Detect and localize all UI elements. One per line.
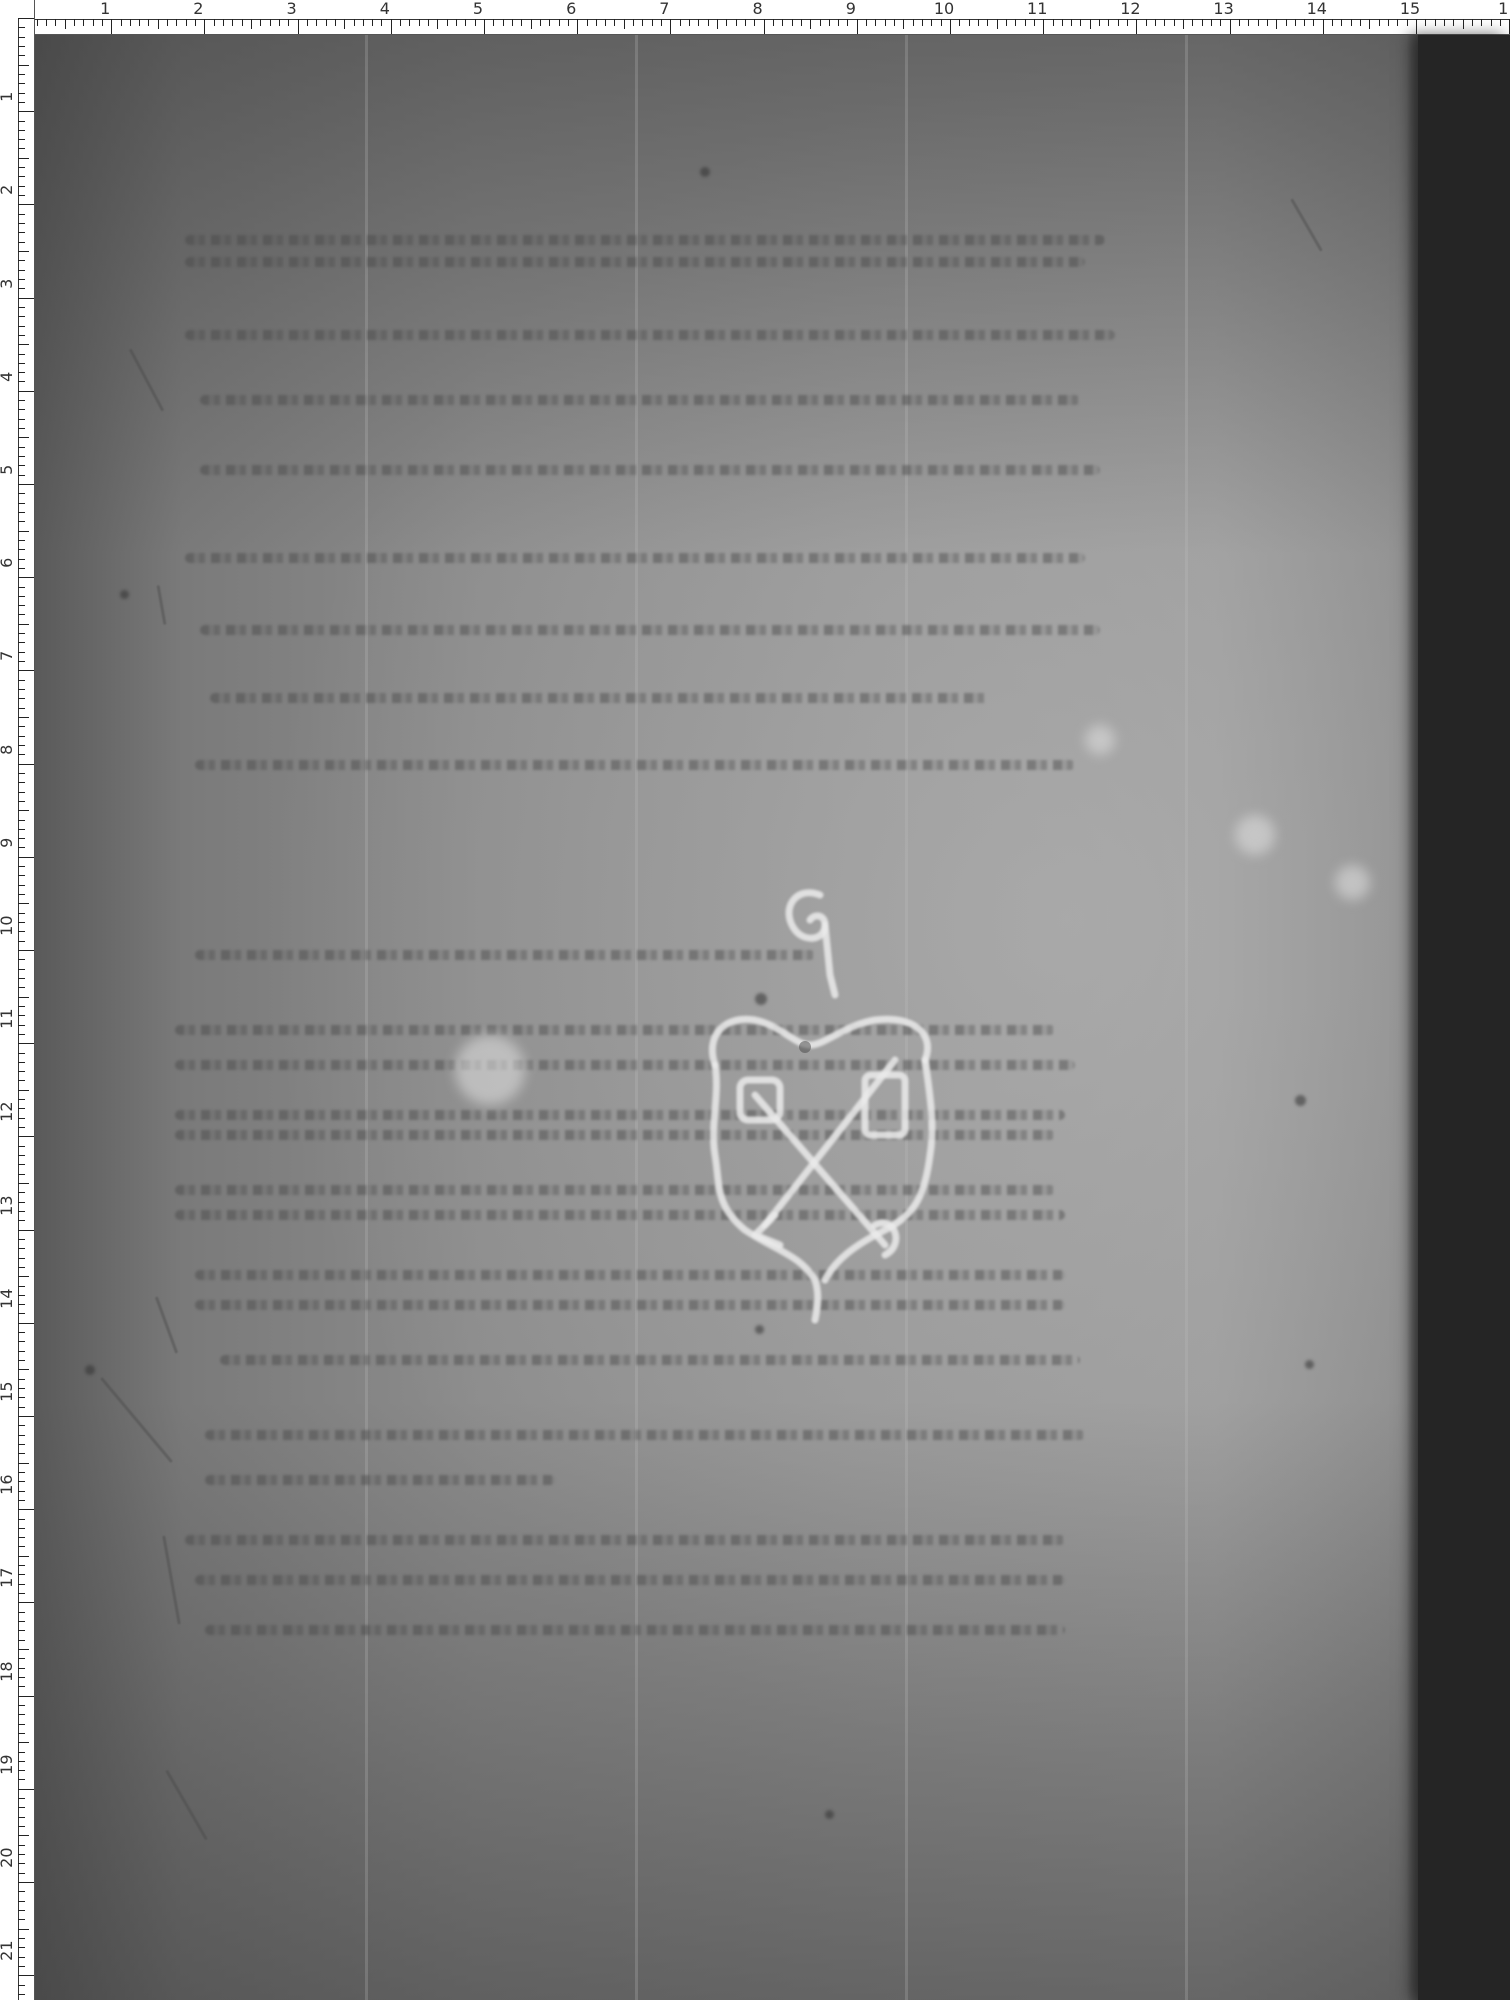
ruler-tick [18,708,25,709]
ruler-tick [1099,19,1100,26]
ruler-tick [18,792,25,793]
ruler-tick [167,19,168,26]
ruler-tick [1360,19,1361,26]
ruler-tick [18,46,25,47]
ruler-tick [18,1919,25,1920]
ruler-tick [820,19,821,26]
ruler-left-label: 4 [0,372,15,382]
handwriting-line [185,1535,1065,1545]
ruler-tick [102,19,103,26]
ruler-tick [1220,19,1221,26]
ruler-tick [18,1155,25,1156]
ruler-tick [18,1546,25,1547]
ruler-tick [18,624,29,625]
ruler-tick [18,1379,25,1380]
ruler-tick [18,661,25,662]
ruler-top-label: 12 [1120,0,1140,18]
ruler-tick [764,19,765,34]
ruler-tick [18,1118,25,1119]
ruler-tick [18,1192,25,1193]
ruler-tick [18,1174,25,1175]
scan-shading-top [35,35,1510,555]
ruler-tick [18,148,25,149]
ruler-tick [18,1929,29,1930]
watermark-crossed-keys-icon [685,885,955,1325]
ruler-tick [493,19,494,26]
ruler-tick [18,493,25,494]
handwriting-line [195,1575,1065,1585]
ruler-left: 123456789101112131415161718192021 [0,0,35,2000]
ruler-tick [18,1891,25,1892]
ruler-tick [950,19,951,34]
ruler-tick [18,959,25,960]
ruler-tick [1453,19,1454,26]
handwriting-line [220,1355,1080,1365]
ruler-tick [279,19,280,26]
ruler-tick [18,186,25,187]
ruler-top-label: 13 [1213,0,1233,18]
ruler-tick [18,847,25,848]
ruler-tick [680,19,681,26]
ruler-tick [568,19,569,26]
ruler-tick [922,19,923,26]
ink-speck [700,167,710,177]
ruler-tick [1286,19,1287,26]
ruler-tick [1379,19,1380,26]
ruler-tick [18,1938,25,1939]
ruler-tick [18,381,25,382]
ruler-tick [18,18,34,19]
ruler-tick [18,1015,25,1016]
ruler-tick [456,19,457,26]
ruler-left-label: 19 [0,1754,15,1774]
ruler-tick [18,894,25,895]
ruler-tick [18,941,25,942]
ruler-tick [18,950,34,951]
ruler-tick [18,1770,25,1771]
ruler-tick [18,1854,25,1855]
ruler-tick [18,1873,25,1874]
ruler-tick [18,1733,25,1734]
ruler-top-label: 5 [473,0,483,18]
ruler-tick [18,512,25,513]
ruler-tick [997,19,998,29]
ruler-tick [18,745,25,746]
ruler-tick [521,19,522,26]
ruler-tick [18,447,25,448]
ruler-tick [1090,19,1091,29]
ruler-tick [596,19,597,26]
ruler-tick [18,158,29,159]
ruler-top-label: 14 [1307,0,1327,18]
ruler-top-label: 7 [659,0,669,18]
ruler-tick [18,1798,25,1799]
ruler-tick [18,559,25,560]
ruler-tick [18,838,25,839]
ruler-tick [18,1658,25,1659]
ruler-tick [18,857,34,858]
ruler-tick [214,19,215,26]
ruler-tick [1006,19,1007,26]
ruler-tick [605,19,606,26]
ruler-tick [18,1248,25,1249]
ruler-tick [121,19,122,26]
ruler-tick [1080,19,1081,26]
ruler-tick [18,1509,34,1510]
ruler-top-label: 2 [193,0,203,18]
ruler-tick [18,726,25,727]
ruler-tick [18,1407,25,1408]
ruler-tick [18,204,34,205]
handwriting-line [200,465,1100,475]
ruler-tick [885,19,886,26]
ruler-tick [18,279,25,280]
ruler-tick [18,1686,25,1687]
ruler-left-label: 15 [0,1381,15,1401]
ruler-tick [801,19,802,26]
ruler-tick [18,1276,29,1277]
ruler-tick [18,540,25,541]
ruler-tick [18,1127,25,1128]
ruler-tick [531,19,532,29]
handwriting-line [185,235,1105,245]
ruler-tick [18,326,25,327]
ruler-tick [1043,19,1044,34]
ruler-tick [18,1779,25,1780]
ruler-tick [316,19,317,26]
ruler-tick [18,74,25,75]
handwriting-line [200,625,1100,635]
ruler-tick [18,1882,34,1883]
ruler-tick [251,19,252,29]
ruler-tick [18,1519,25,1520]
ruler-tick [344,19,345,29]
ruler-tick [484,19,485,34]
ruler-tick [689,19,690,26]
ruler-tick [18,1258,25,1259]
ruler-top-label: 4 [380,0,390,18]
ruler-tick [18,316,25,317]
ruler-tick [18,242,25,243]
ruler-tick [242,19,243,26]
ruler-tick [18,55,25,56]
ruler-left-label: 17 [0,1568,15,1588]
ruler-tick [18,288,25,289]
ruler-tick [857,19,858,34]
ruler-tick [18,214,25,215]
ruler-tick [195,19,196,26]
ruler-tick [18,1556,29,1557]
ruler-tick [18,987,25,988]
ruler-tick [18,1621,25,1622]
ruler-tick [148,19,149,26]
ruler-tick [726,19,727,26]
ruler-tick [782,19,783,26]
ruler-tick [18,1863,25,1864]
ruler-tick [447,19,448,26]
ruler-tick [18,698,25,699]
ruler-left-label: 10 [0,915,15,935]
ruler-tick [18,577,34,578]
ruler-tick [18,456,25,457]
ruler-tick [18,167,25,168]
ruler-tick [326,19,327,26]
ruler-top: 01234567891011121314151 [0,0,1510,35]
ruler-tick [642,19,643,26]
ruler-tick [1258,19,1259,26]
scan-dark-edge [1418,35,1510,2000]
ruler-tick [419,19,420,26]
ruler-tick [1108,19,1109,26]
ruler-tick [18,1369,29,1370]
ruler-tick [18,1388,25,1389]
ruler-left-label: 2 [0,185,15,195]
ruler-tick [18,1444,25,1445]
ruler-tick [74,19,75,26]
ruler-tick [18,1099,25,1100]
ruler-tick [708,19,709,26]
ruler-tick [18,1267,25,1268]
ruler-left-label: 13 [0,1195,15,1215]
ruler-tick [1183,19,1184,29]
ruler-tick [465,19,466,26]
ruler-tick [37,19,38,26]
ruler-tick [18,1239,25,1240]
ruler-tick [614,19,615,26]
ruler-tick [18,736,25,737]
handwriting-line [195,760,1075,770]
handwriting-line [185,330,1115,340]
ruler-tick [18,689,25,690]
ruler-tick [18,1574,25,1575]
ruler-tick [18,1332,25,1333]
ruler-left-label: 20 [0,1847,15,1867]
ruler-tick [18,1947,25,1948]
ruler-tick [46,19,47,26]
ruler-tick [18,680,25,681]
ruler-tick [18,913,25,914]
ruler-tick [18,866,25,867]
ruler-tick [1472,19,1473,26]
ruler-tick [18,27,25,28]
ruler-tick [18,1286,25,1287]
ruler-tick [18,1025,25,1026]
ruler-top-label: 6 [566,0,576,18]
ruler-tick [83,19,84,26]
ruler-tick [18,997,29,998]
ruler-tick [1230,19,1231,34]
ruler-left-label: 12 [0,1102,15,1122]
ruler-tick [1034,19,1035,26]
ruler-tick [270,19,271,26]
ruler-tick [1304,19,1305,26]
ruler-tick [111,19,112,34]
ruler-tick [93,19,94,26]
ruler-tick [1341,19,1342,26]
ruler-tick [1416,19,1417,34]
ruler-tick [503,19,504,26]
ruler-tick [18,1053,25,1054]
ruler-tick [18,270,25,271]
ruler-tick [18,931,25,932]
ruler-tick [18,1090,29,1091]
ruler-tick [577,19,578,34]
ruler-tick [969,19,970,26]
ruler-tick [18,801,25,802]
ruler-tick [204,19,205,34]
foxing-spot [1335,865,1370,900]
scan-shading-bottom [35,1400,1510,2000]
ruler-tick [18,1835,29,1836]
ruler-tick [18,549,25,550]
ruler-tick [1053,19,1054,26]
ruler-tick [1202,19,1203,26]
ruler-tick [18,484,34,485]
ruler-tick [18,335,25,336]
ruler-tick [18,1080,25,1081]
ruler-tick [18,633,25,634]
ruler-tick [18,1985,25,1986]
ruler-tick [223,19,224,26]
handwriting-line [205,1475,555,1485]
ruler-tick [18,1397,25,1398]
ruler-tick [1407,19,1408,26]
ruler-tick [18,1593,25,1594]
ruler-top-label: 1 [100,0,110,18]
ruler-tick [18,1910,25,1911]
ruler-tick [158,19,159,29]
ruler-tick [18,1304,25,1305]
ruler-tick [65,19,66,29]
ruler-tick [18,409,25,410]
ruler-tick [18,176,25,177]
ruler-left-label: 11 [0,1009,15,1029]
ruler-tick [409,19,410,26]
ruler-tick [18,1677,25,1678]
handwriting-line [185,257,1085,267]
ruler-tick [1500,19,1501,26]
ruler-tick [400,19,401,26]
ruler-tick [18,1817,25,1818]
ruler-tick [847,19,848,26]
ruler-tick [18,232,25,233]
ruler-left-label: 1 [0,92,15,102]
ruler-left-label: 6 [0,558,15,568]
ruler-tick [829,19,830,26]
ruler-tick [18,903,29,904]
ruler-tick [18,717,29,718]
ruler-tick [838,19,839,26]
ruler-tick [298,19,299,34]
ruler-tick [18,1966,25,1967]
ruler-tick [959,19,960,26]
ruler-tick [18,1537,25,1538]
ruler-tick [130,19,131,26]
ruler-tick [18,1612,25,1613]
ruler-tick [18,773,25,774]
ruler-tick [18,130,25,131]
ruler-tick [18,587,25,588]
ruler-tick [18,1043,34,1044]
ruler-tick [1444,19,1445,26]
ruler-tick [18,969,25,970]
ruler-tick [941,19,942,26]
ruler-left-label: 21 [0,1941,15,1961]
ruler-top-label: 10 [934,0,954,18]
ruler-tick [18,1481,25,1482]
ruler-tick [18,195,25,196]
ruler-tick [18,978,25,979]
ruler-tick [18,1071,25,1072]
ruler-left-label: 7 [0,651,15,661]
ruler-tick [661,19,662,26]
ruler-tick [18,1714,25,1715]
ruler-tick [18,372,25,373]
ruler-tick [913,19,914,26]
ruler-tick [717,19,718,29]
ruler-tick [18,1668,25,1669]
ruler-tick [18,596,25,597]
ruler-tick [18,1202,25,1203]
ruler-tick [18,1630,25,1631]
ruler-tick [18,251,29,252]
ruler-tick [866,19,867,26]
ruler-top-label: 15 [1400,0,1420,18]
ruler-tick [1127,19,1128,26]
ruler-left-label: 18 [0,1661,15,1681]
ruler-tick [875,19,876,26]
ruler-top-label: 8 [753,0,763,18]
ruler-tick [1071,19,1072,26]
handwriting-line [185,553,1085,563]
ruler-tick [18,820,25,821]
ruler-tick [18,652,25,653]
ruler-tick [18,223,25,224]
ruler-tick [18,1034,25,1035]
ruler-tick [1062,19,1063,26]
ruler-top-label: 3 [287,0,297,18]
ruler-tick [260,19,261,26]
ruler-tick [670,19,671,34]
ruler-left-label: 14 [0,1288,15,1308]
ruler-tick [18,1994,25,1995]
ruler-tick [1388,19,1389,26]
foxing-spot [1085,725,1115,755]
ruler-tick [18,521,25,522]
ruler-tick [18,1211,25,1212]
ruler-tick [18,1807,25,1808]
ruler-tick [18,437,29,438]
ruler-tick [18,1649,29,1650]
ruler-tick [18,1957,25,1958]
ruler-tick [18,307,25,308]
ruler-tick [1463,19,1464,29]
ruler-tick [1155,19,1156,26]
ruler-tick [1015,19,1016,26]
ruler-tick [18,1845,25,1846]
ruler-tick [1164,19,1165,26]
ruler-tick [18,605,25,606]
ruler-tick [18,1584,25,1585]
ruler-tick [18,782,25,783]
ruler-tick [18,1602,34,1603]
ruler-tick [18,1164,25,1165]
ruler-tick [1332,19,1333,26]
foxing-spot [455,1035,525,1105]
ruler-tick [652,19,653,26]
ruler-tick [1481,19,1482,26]
ruler-tick [18,428,25,429]
